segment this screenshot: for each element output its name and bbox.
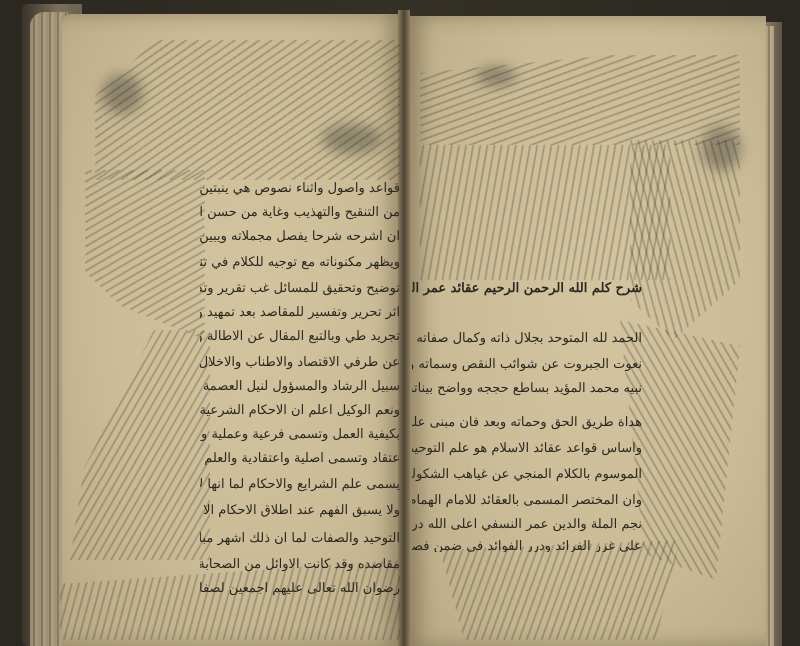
text-line: مقاصده وقد كانت الاوائل من الصحابة والتا… — [200, 558, 400, 571]
text-line: قواعد واصول واثناء نصوص هي ينبتين جواهر … — [200, 182, 400, 195]
text-line: هداة طريق الحق وحماته وبعد فان مبنى علم … — [412, 416, 642, 429]
text-line: نبيه محمد المؤيد بساطع حججه وواضح بيناته… — [412, 382, 642, 395]
text-line: تجريد طي وبالتبع المقال عن الاطالة والام… — [200, 330, 400, 343]
text-line: رضوان الله تعالى عليهم اجمعين لصفاء عقائ… — [200, 582, 400, 595]
text-line: بكيفية العمل وتسمى فرعية وعملية ومنها ما… — [200, 428, 400, 441]
text-line: وان المختصر المسمى بالعقائد للامام الهما… — [412, 494, 642, 507]
text-line: ونعم الوكيل اعلم ان الاحكام الشرعية منها… — [200, 404, 400, 417]
manuscript-photo: قواعد واصول واثناء نصوص هي ينبتين جواهر … — [0, 0, 800, 646]
text-line: عتقاد وتسمى اصلية واعتقادية والعلم المتع… — [200, 452, 400, 465]
marginal-gloss — [440, 540, 680, 640]
text-line: ان اشرحه شرحا يفصل مجملاته ويبين معضلاته… — [200, 230, 400, 243]
text-line: اثر تحرير وتفسير للمقاصد بعد تمهيد وتكثي… — [200, 306, 400, 319]
text-line: من التنقيح والتهذيب وغاية من حسن التنظيم… — [200, 206, 400, 219]
basmala-heading: شرح كلم الله الرحمن الرحيم عقائد عمر الن… — [412, 282, 642, 295]
text-line: توضيح وتحقيق للمسائل غب تقرير وتدقيق للد… — [200, 282, 400, 295]
text-line: سبيل الرشاد والمسؤول لنيل العصمة والسداد… — [200, 380, 400, 393]
text-line: التوحيد والصفات لما ان ذلك اشهر مباحثه و… — [200, 532, 400, 545]
left-page-main-text: قواعد واصول واثناء نصوص هي ينبتين جواهر … — [200, 182, 400, 602]
text-line: ويظهر مكنوناته مع توجيه للكلام في تنقيح … — [200, 256, 400, 269]
text-line: ولا يسبق الفهم عند اطلاق الاحكام الا الي… — [200, 504, 400, 517]
marginal-gloss — [420, 55, 740, 145]
marginal-gloss — [95, 40, 400, 180]
text-line: عن طرفي الاقتصاد والاطناب والاخلال والله… — [200, 356, 400, 369]
text-line: الحمد لله المتوحد بجلال ذاته وكمال صفاته… — [412, 332, 642, 345]
text-line: نجم الملة والدين عمر النسفي اعلى الله در… — [412, 518, 642, 531]
text-line: على غرر الفرائد ودرر الفوائد في ضمن فصول… — [412, 540, 642, 552]
text-line: واساس قواعد عقائد الاسلام هو علم التوحيد… — [412, 442, 642, 455]
text-line: يسمى علم الشرايع والاحكام لما انها لا تس… — [200, 478, 400, 491]
text-line: الموسوم بالكلام المنجي عن غياهب الشكوك و… — [412, 468, 642, 481]
right-page-main-text: شرح كلم الله الرحمن الرحيم عقائد عمر الن… — [412, 282, 642, 552]
text-line: نعوت الجبروت عن شوائب النقص وسماته والصل… — [412, 358, 642, 371]
